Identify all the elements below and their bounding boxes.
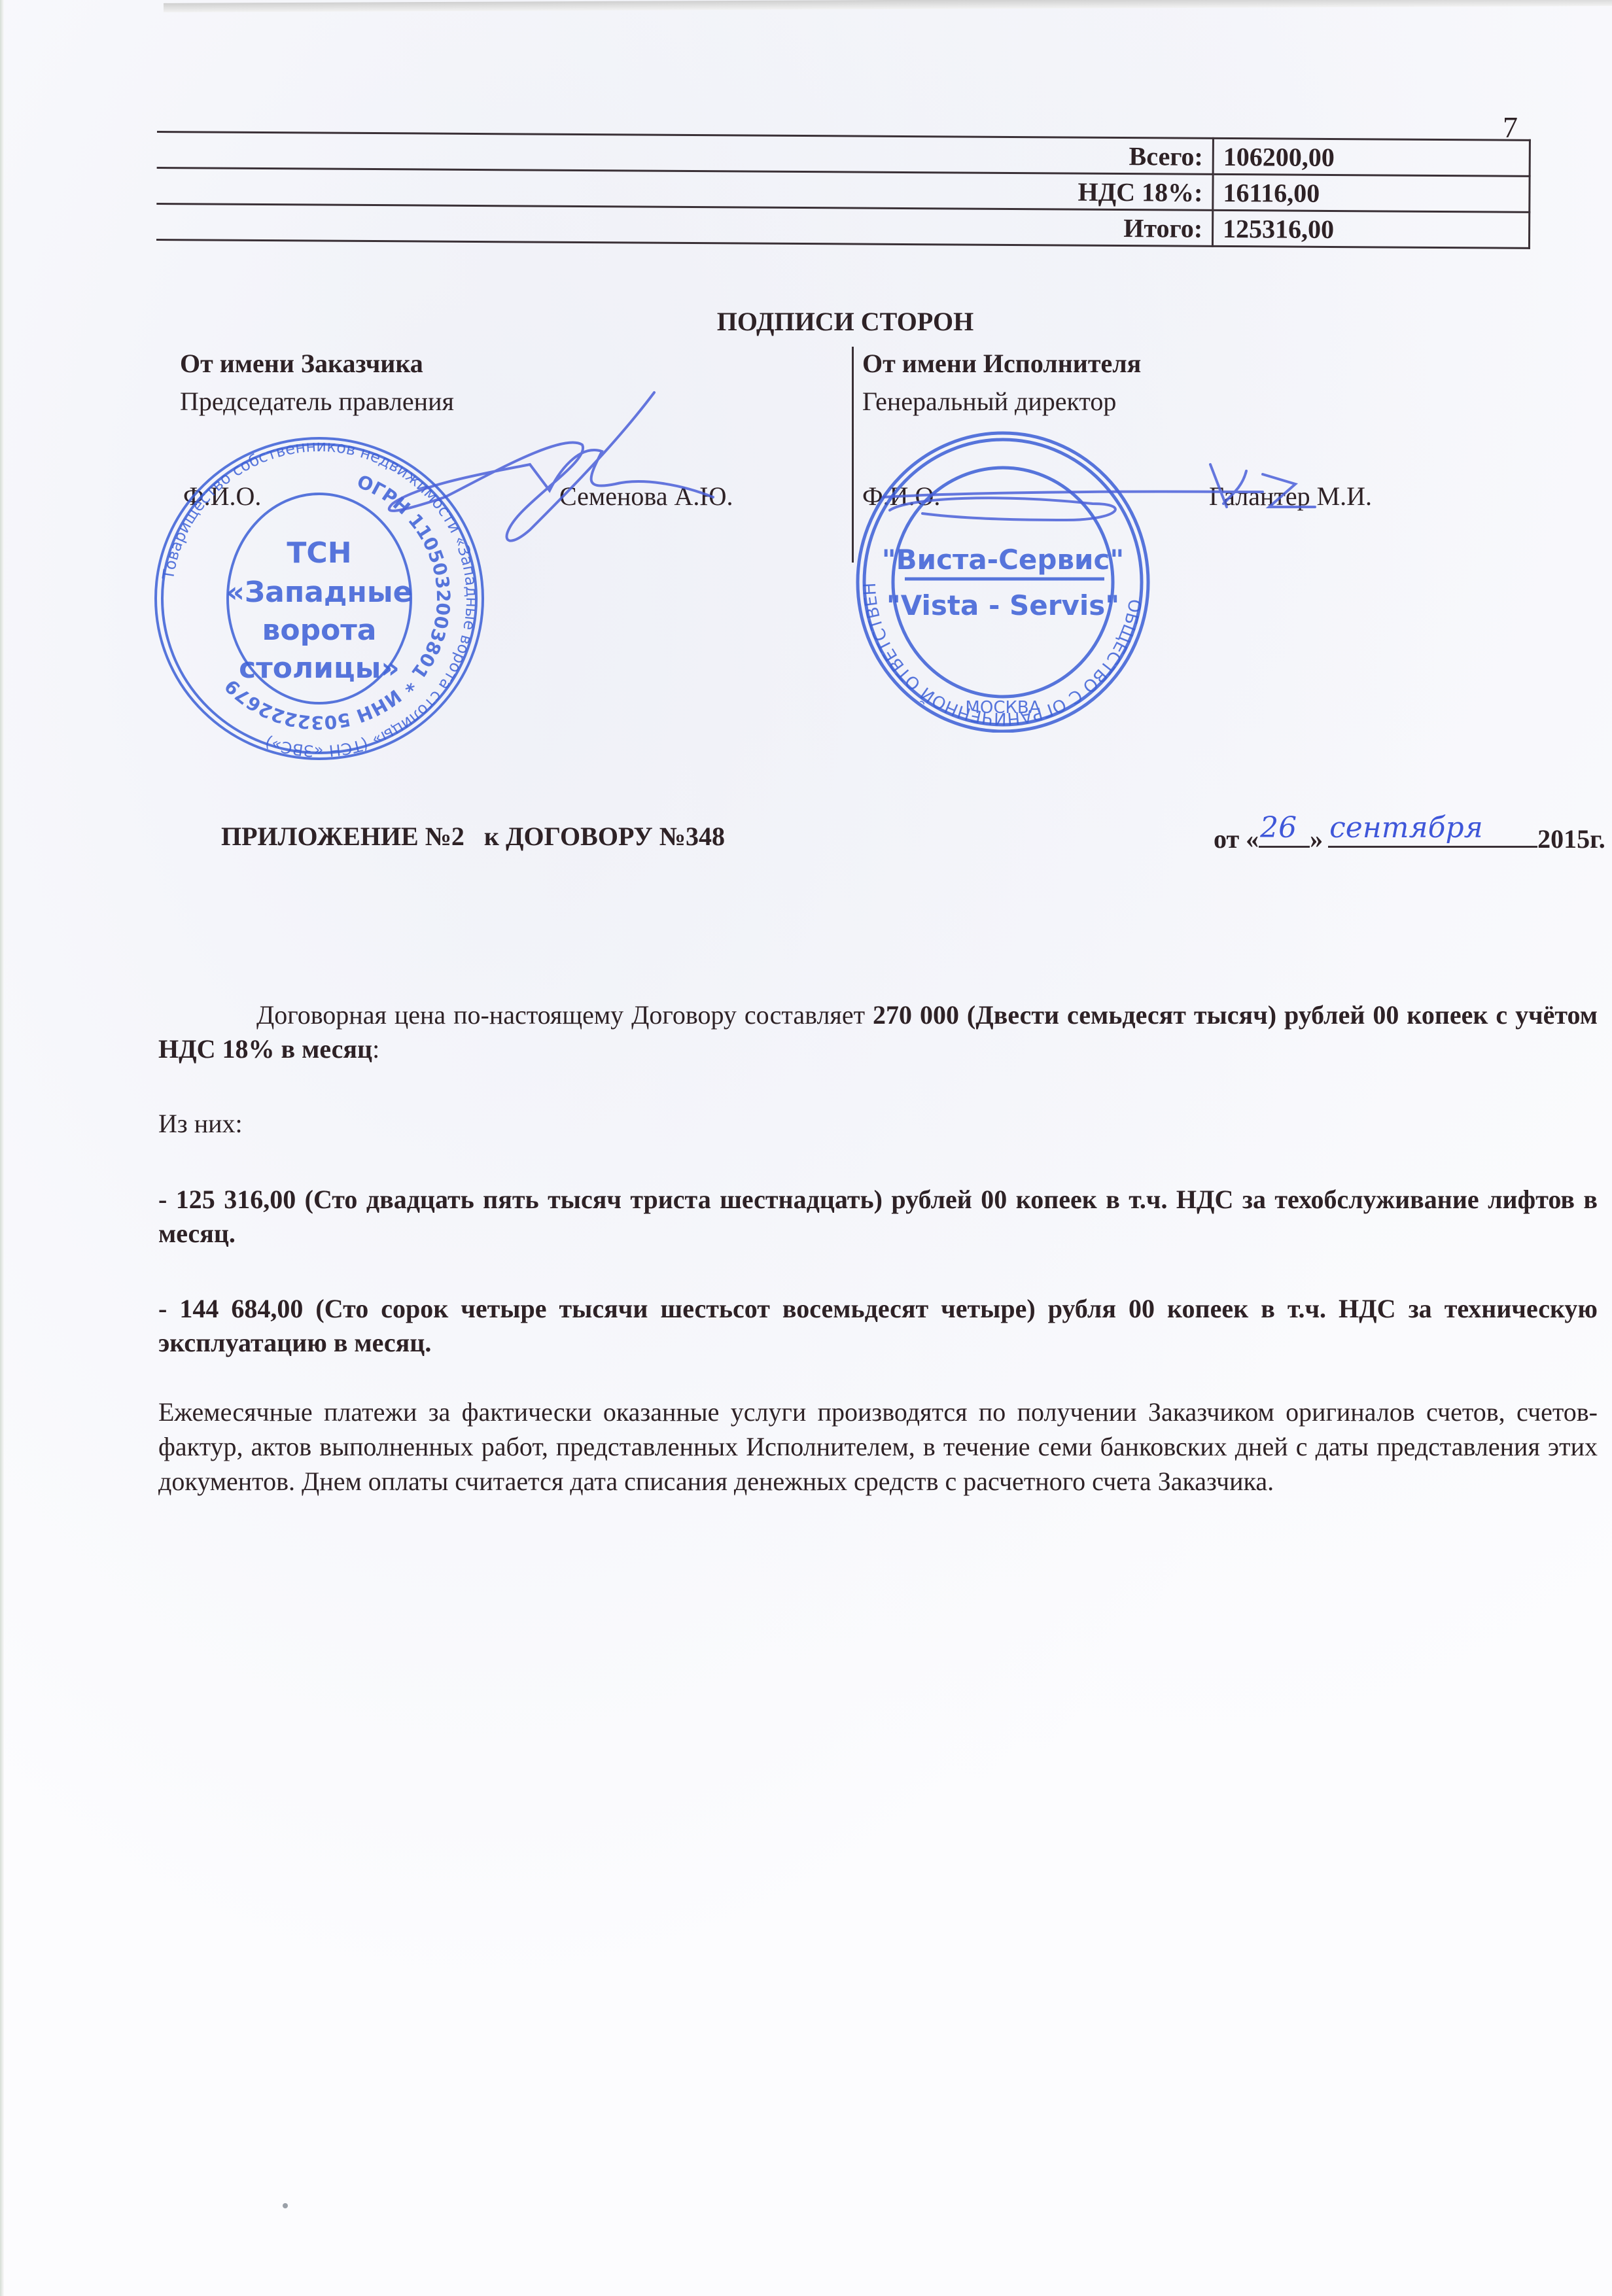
contractor-fio-label: Ф.И.О. [862,481,940,512]
customer-heading: От имени Заказчика [180,347,854,381]
price-intro: Договорная цена по-настоящему Договору с… [256,1000,873,1030]
signatures-title: ПОДПИСИ СТОРОН [0,306,1612,337]
date-prefix: от « [1214,824,1259,854]
date-day-handwritten: 26 [1260,811,1297,844]
vat-label: НДС 18%: [156,167,1213,210]
price-end: : [372,1034,379,1064]
scan-speck [283,2203,288,2208]
date-month-handwritten: сентября [1329,811,1483,844]
list-item: - 144 684,00 (Сто сорок четыре тысячи ше… [158,1292,1598,1360]
totals-table: Всего: 106200,00 НДС 18%: 16116,00 Итого… [156,131,1531,249]
appendix-title: ПРИЛОЖЕНИЕ №2 к ДОГОВОРУ №348 [221,821,725,852]
contractor-name: Галантер М.И. [1209,481,1372,512]
customer-role: Председатель правления [180,381,854,423]
grand-total-value: 125316,00 [1212,210,1529,248]
customer-name: Семенова А.Ю. [559,481,733,512]
contractor-role: Генеральный директор [862,381,1451,423]
date-day-field: 26 [1259,821,1310,848]
total-label: Всего: [157,131,1214,174]
contractor-signature-block: От имени Исполнителя Генеральный директо… [862,347,1451,423]
appendix-date: от «26»сентября2015г. [1214,821,1605,854]
total-value: 106200,00 [1213,138,1530,176]
date-quote-close: » [1310,824,1323,854]
of-them-label: Из них: [158,1107,1598,1141]
table-row: Итого: 125316,00 [156,203,1530,248]
date-month-field: сентября [1328,821,1537,848]
price-paragraph: Договорная цена по-настоящему Договору с… [158,998,1598,1066]
customer-fio-label: Ф.И.О. [183,481,261,512]
date-year: 2015г. [1537,824,1605,854]
scanned-page-background [0,0,1612,2296]
list-item: - 125 316,00 (Сто двадцать пять тысяч тр… [158,1183,1598,1251]
vat-value: 16116,00 [1213,174,1530,212]
scan-left-edge [0,0,4,2296]
payment-terms-paragraph: Ежемесячные платежи за фактически оказан… [158,1395,1598,1499]
customer-signature-block: От имени Заказчика Председатель правлени… [180,347,854,423]
grand-total-label: Итого: [156,203,1213,246]
contractor-heading: От имени Исполнителя [862,347,1451,381]
